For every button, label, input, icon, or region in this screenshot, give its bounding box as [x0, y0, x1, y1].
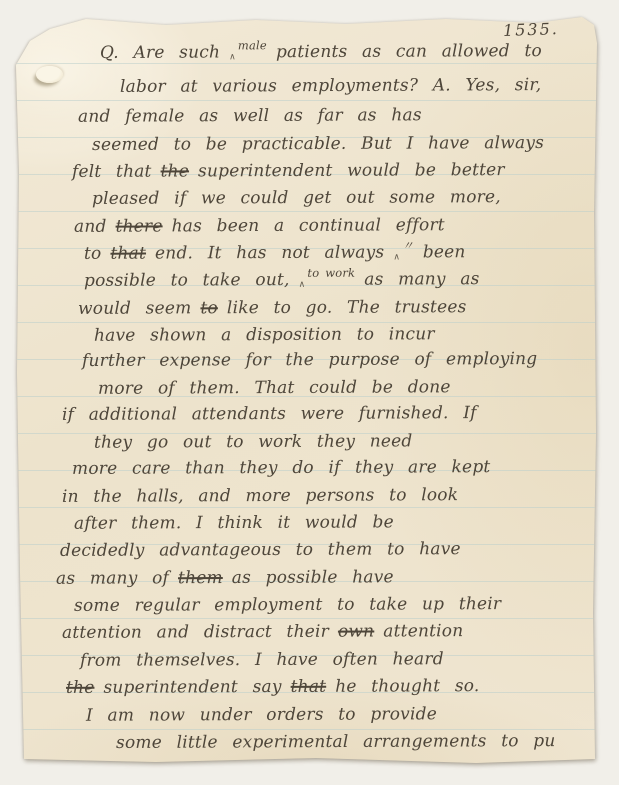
- punch-hole: [36, 66, 63, 83]
- ruled-lines: [16, 27, 597, 759]
- paper-shadow: [0, 0, 619, 785]
- manuscript-page: [16, 13, 597, 763]
- scanned-document: 1535. Q. Are suchmalepatients as can all…: [0, 0, 619, 785]
